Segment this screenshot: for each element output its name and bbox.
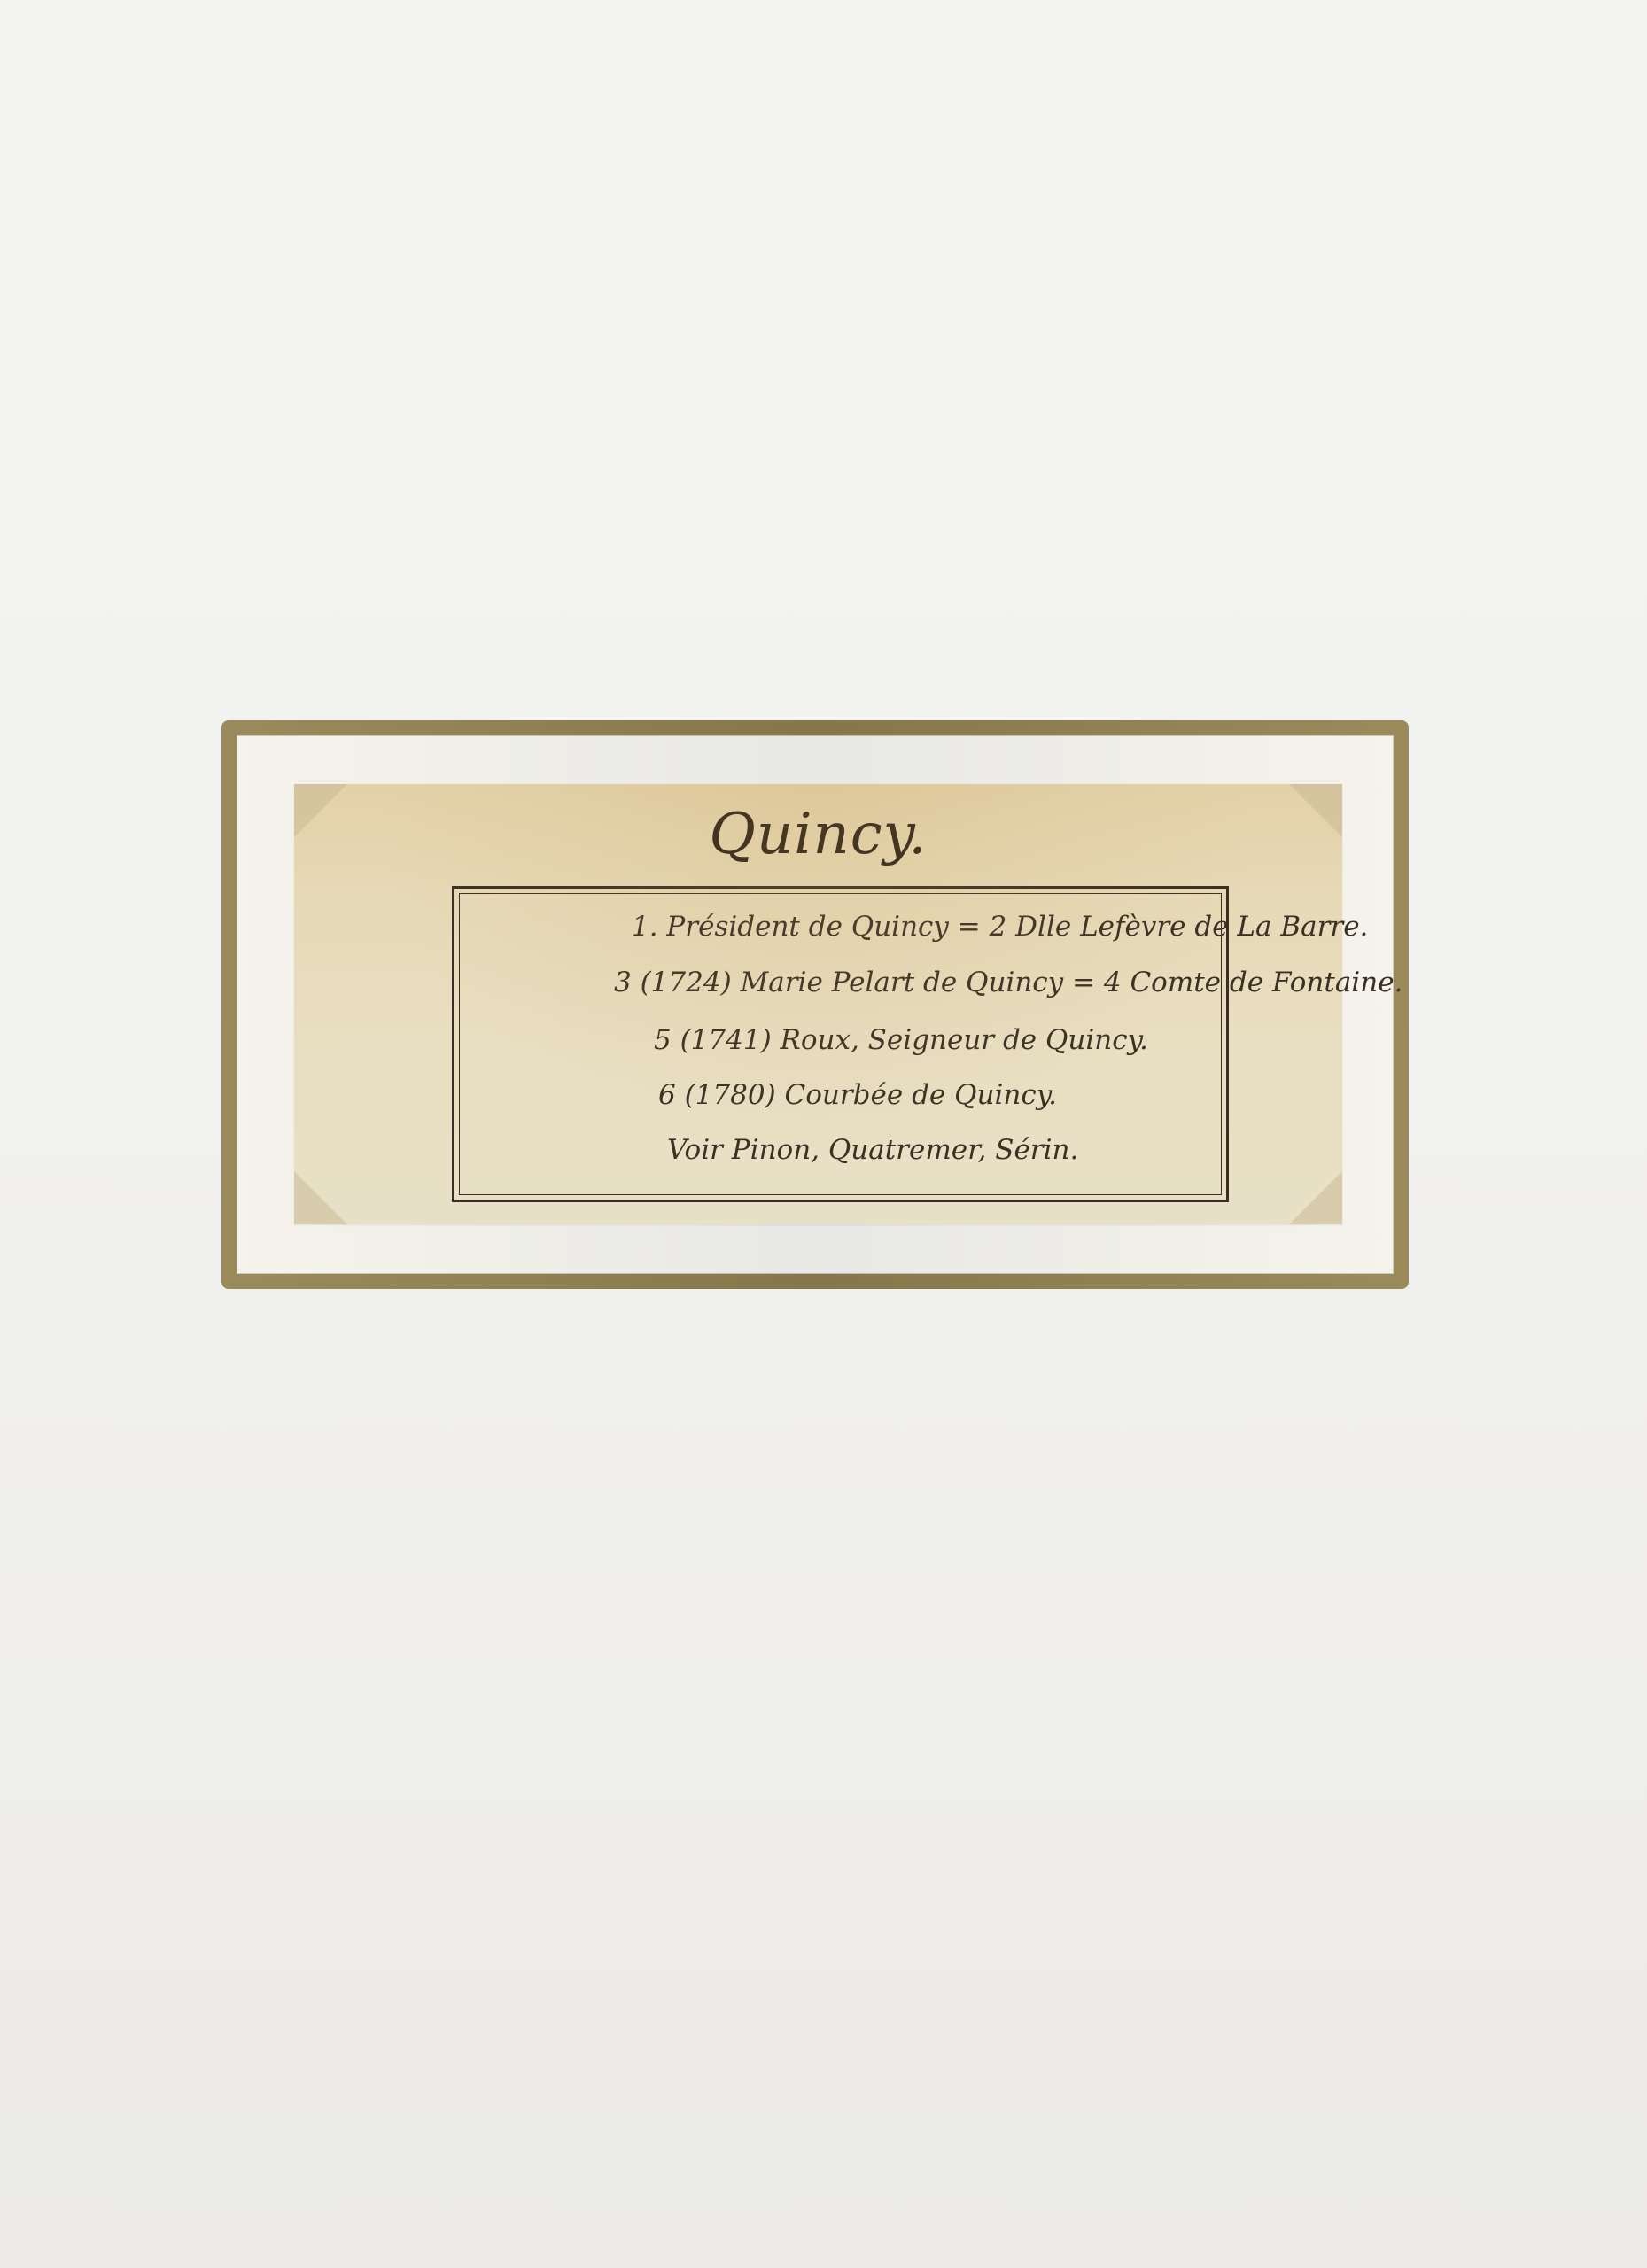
photo-corner-mount (1289, 1171, 1342, 1224)
ruled-text-box: 1. Président de Quincy = 2 Dlle Lefèvre … (452, 886, 1229, 1202)
handwritten-line: 1. Président de Quincy = 2 Dlle Lefèvre … (632, 911, 1368, 943)
photo-corner-mount (294, 1171, 347, 1224)
handwritten-line: 3 (1724) Marie Pelart de Quincy = 4 Comt… (614, 967, 1402, 998)
handwritten-line: 5 (1741) Roux, Seigneur de Quincy. (654, 1024, 1148, 1056)
handwritten-line: Voir Pinon, Quatremer, Sérin. (667, 1134, 1078, 1166)
aged-paper-document: Quincy. 1. Président de Quincy = 2 Dlle … (294, 784, 1342, 1224)
handwritten-line: 6 (1780) Courbée de Quincy. (658, 1079, 1057, 1111)
document-title: Quincy. (294, 802, 1342, 867)
